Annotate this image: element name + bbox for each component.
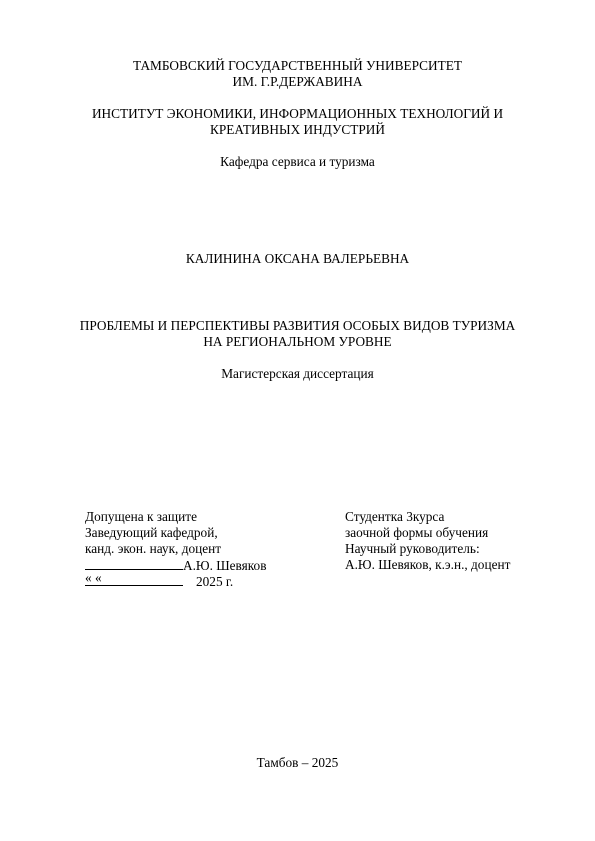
institute-name-line2: КРЕАТИВНЫХ ИНДУСТРИЙ xyxy=(0,122,595,138)
approval-signature-line: А.Ю. Шевяков xyxy=(85,557,267,574)
approval-head-of-department: Заведующий кафедрой, xyxy=(85,525,218,541)
institute-name-line1: ИНСТИТУТ ЭКОНОМИКИ, ИНФОРМАЦИОННЫХ ТЕХНО… xyxy=(0,106,595,122)
city-year: Тамбов – 2025 xyxy=(0,755,595,771)
student-study-form: заочной формы обучения xyxy=(345,525,488,541)
approval-date-line: « «2025 г. xyxy=(85,573,233,590)
approval-degree: канд. экон. наук, доцент xyxy=(85,541,221,557)
author-name: КАЛИНИНА ОКСАНА ВАЛЕРЬЕВНА xyxy=(0,251,595,267)
date-blank: « « xyxy=(85,573,183,586)
date-year: 2025 г. xyxy=(196,574,233,589)
thesis-title-line2: НА РЕГИОНАЛЬНОМ УРОВНЕ xyxy=(0,334,595,350)
university-name-line1: ТАМБОВСКИЙ ГОСУДАРСТВЕННЫЙ УНИВЕРСИТЕТ xyxy=(0,58,595,74)
date-quotes: « « xyxy=(85,570,102,586)
approval-admitted: Допущена к защите xyxy=(85,509,197,525)
supervisor-label: Научный руководитель: xyxy=(345,541,480,557)
thesis-type: Магистерская диссертация xyxy=(0,366,595,382)
signature-blank xyxy=(85,557,183,570)
approval-signer: А.Ю. Шевяков xyxy=(183,558,267,573)
student-course: Студентка 3курса xyxy=(345,509,444,525)
thesis-title-line1: ПРОБЛЕМЫ И ПЕРСПЕКТИВЫ РАЗВИТИЯ ОСОБЫХ В… xyxy=(0,318,595,334)
university-name-line2: ИМ. Г.Р.ДЕРЖАВИНА xyxy=(0,74,595,90)
supervisor-name: А.Ю. Шевяков, к.э.н., доцент xyxy=(345,557,510,573)
department-name: Кафедра сервиса и туризма xyxy=(0,154,595,170)
